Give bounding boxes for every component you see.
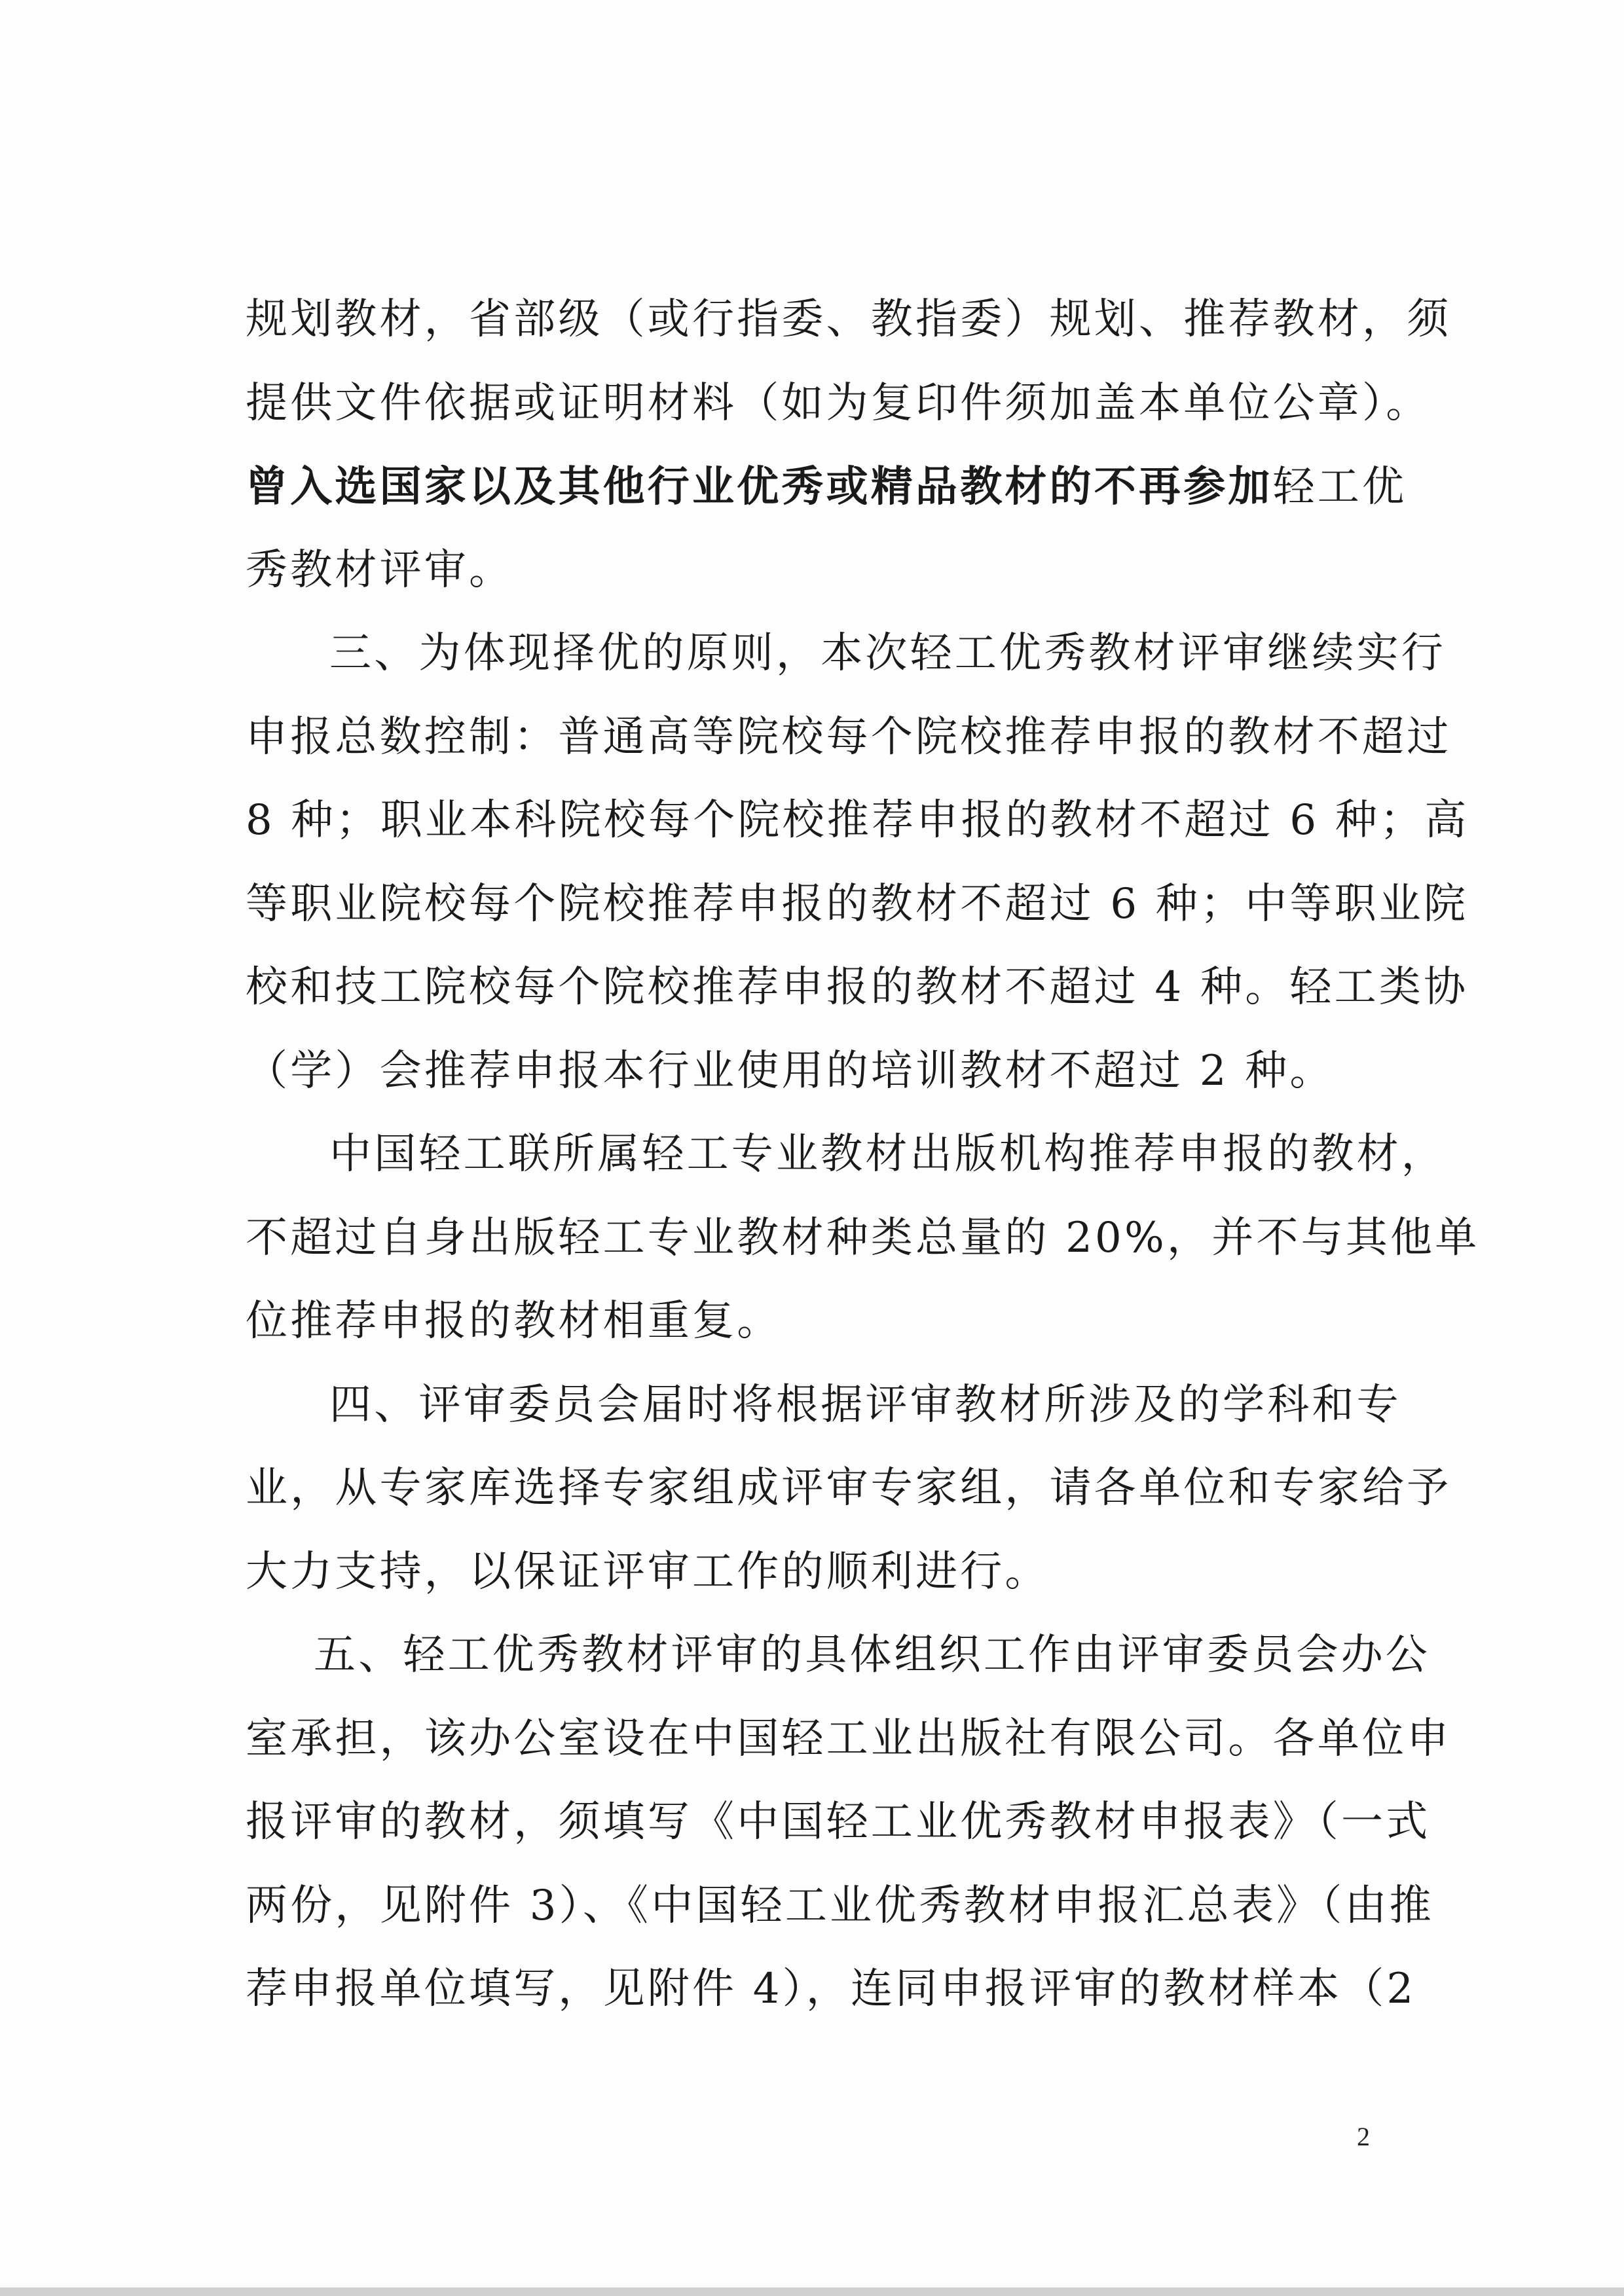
- text-line: （学）会推荐申报本行业使用的培训教材不超过 2 种。: [246, 1030, 1372, 1114]
- scan-edge-shadow: [0, 2287, 1624, 2296]
- text-line: 大力支持，以保证评审工作的顺利进行。: [246, 1531, 1372, 1614]
- bold-emphasis-text: 曾入选国家以及其他行业优秀或精品教材的不再参加: [246, 462, 1273, 511]
- text-line: 不超过自身出版轻工专业教材种类总量的 20%，并不与其他单: [246, 1197, 1372, 1281]
- text-line: 申报总数控制：普通高等院校每个院校推荐申报的教材不超过: [246, 696, 1372, 780]
- text-line: 两份，见附件 3）、《中国轻工业优秀教材申报汇总表》（由推: [246, 1865, 1372, 1948]
- section-five-heading-line: 五、轻工优秀教材评审的具体组织工作由评审委员会办公: [246, 1614, 1372, 1698]
- document-body: 规划教材，省部级（或行指委、教指委）规划、推荐教材，须 提供文件依据或证明材料（…: [246, 278, 1372, 2032]
- page-number: 2: [1357, 2121, 1370, 2152]
- text-line: 报评审的教材，须填写《中国轻工业优秀教材申报表》（一式: [246, 1781, 1372, 1865]
- text-line: 等职业院校每个院校推荐申报的教材不超过 6 种；中等职业院: [246, 863, 1372, 947]
- text-line: 荐申报单位填写，见附件 4），连同申报评审的教材样本（2: [246, 1948, 1372, 2032]
- normal-text: 轻工优: [1273, 463, 1407, 511]
- text-line: 秀教材评审。: [246, 529, 1372, 613]
- text-line-bold-emphasis: 曾入选国家以及其他行业优秀或精品教材的不再参加轻工优: [246, 445, 1372, 529]
- text-line: 业，从专家库选择专家组成评审专家组，请各单位和专家给予: [246, 1447, 1372, 1531]
- text-line: 校和技工院校每个院校推荐申报的教材不超过 4 种。轻工类协: [246, 946, 1372, 1030]
- text-line: 规划教材，省部级（或行指委、教指委）规划、推荐教材，须: [246, 278, 1372, 362]
- paragraph-first-line: 中国轻工联所属轻工专业教材出版机构推荐申报的教材，: [246, 1113, 1372, 1197]
- text-line: 8 种；职业本科院校每个院校推荐申报的教材不超过 6 种；高: [246, 779, 1372, 863]
- text-line: 提供文件依据或证明材料（如为复印件须加盖本单位公章）。: [246, 362, 1372, 446]
- section-four-heading-line: 四、评审委员会届时将根据评审教材所涉及的学科和专: [246, 1364, 1372, 1448]
- text-line: 室承担，该办公室设在中国轻工业出版社有限公司。各单位申: [246, 1698, 1372, 1781]
- text-line: 位推荐申报的教材相重复。: [246, 1280, 1372, 1364]
- document-page: 规划教材，省部级（或行指委、教指委）规划、推荐教材，须 提供文件依据或证明材料（…: [0, 0, 1624, 2285]
- section-three-heading-line: 三、为体现择优的原则，本次轻工优秀教材评审继续实行: [246, 612, 1372, 696]
